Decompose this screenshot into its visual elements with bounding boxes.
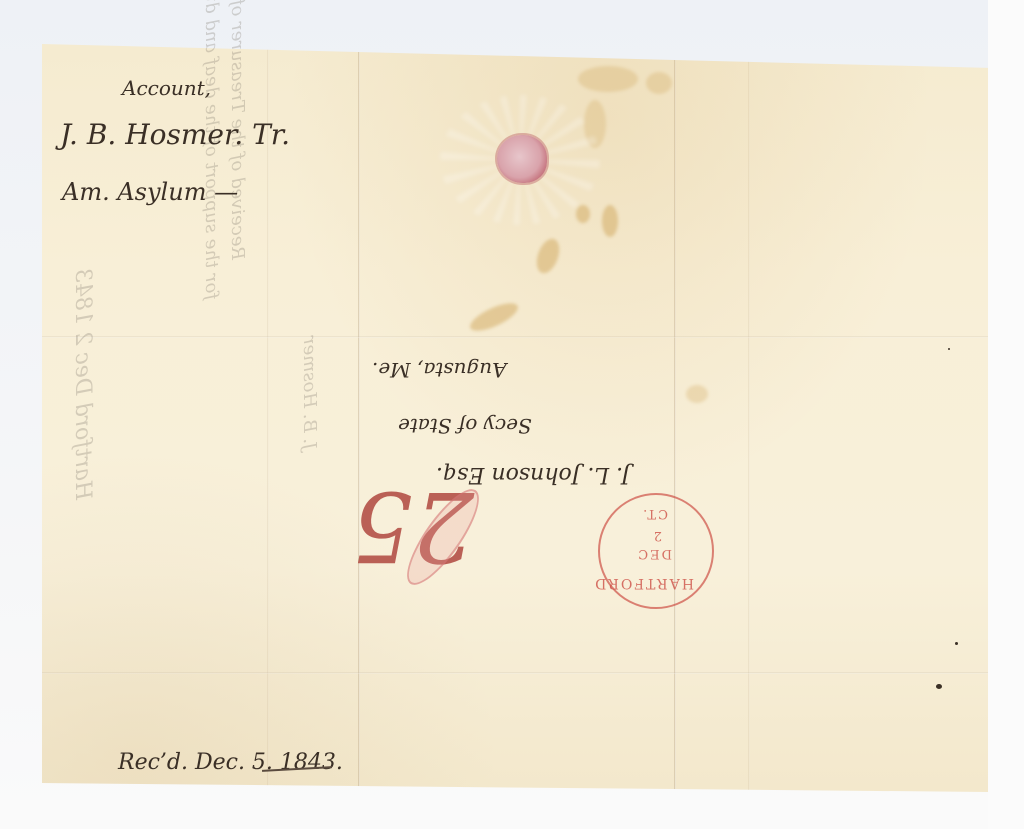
bleed-through-text: J. B. Hosmer — [299, 336, 320, 450]
fold-line-right — [674, 44, 676, 792]
address-line-city: Augusta, Me. — [372, 358, 507, 382]
postmark-month: DEC — [636, 546, 672, 561]
postmark-state: CT. — [641, 506, 668, 521]
postmark-day: 2 — [652, 528, 662, 543]
ink-speck — [936, 684, 942, 689]
stain — [602, 205, 618, 237]
ink-speck — [955, 642, 958, 645]
wax-seal — [497, 135, 547, 183]
bleed-through-text: Hartford Dec 2 1843 — [70, 268, 95, 500]
hartford-postmark: HARTFORD DEC 2 CT. — [598, 493, 714, 609]
fold-line-faint — [267, 44, 269, 792]
stain — [686, 385, 708, 403]
scan-edge — [988, 0, 1024, 829]
fold-line-horizontal — [42, 336, 988, 338]
docket-line-name: J. B. Hosmer. Tr. — [60, 118, 290, 151]
address-line-title: Secy of State — [398, 414, 532, 438]
postmark-town: HARTFORD — [593, 575, 694, 591]
docket-line-asylum: Am. Asylum — — [62, 178, 238, 206]
fold-line-left — [358, 44, 360, 792]
stain — [576, 205, 590, 223]
fold-line-faint — [748, 44, 750, 792]
received-date-note: Rec’d. Dec. 5. 1843. — [118, 750, 343, 775]
stain — [646, 72, 672, 94]
stain — [578, 66, 638, 92]
ink-speck — [948, 348, 950, 350]
docket-line-account: Account, — [122, 76, 211, 100]
fold-line-horizontal — [42, 672, 988, 674]
